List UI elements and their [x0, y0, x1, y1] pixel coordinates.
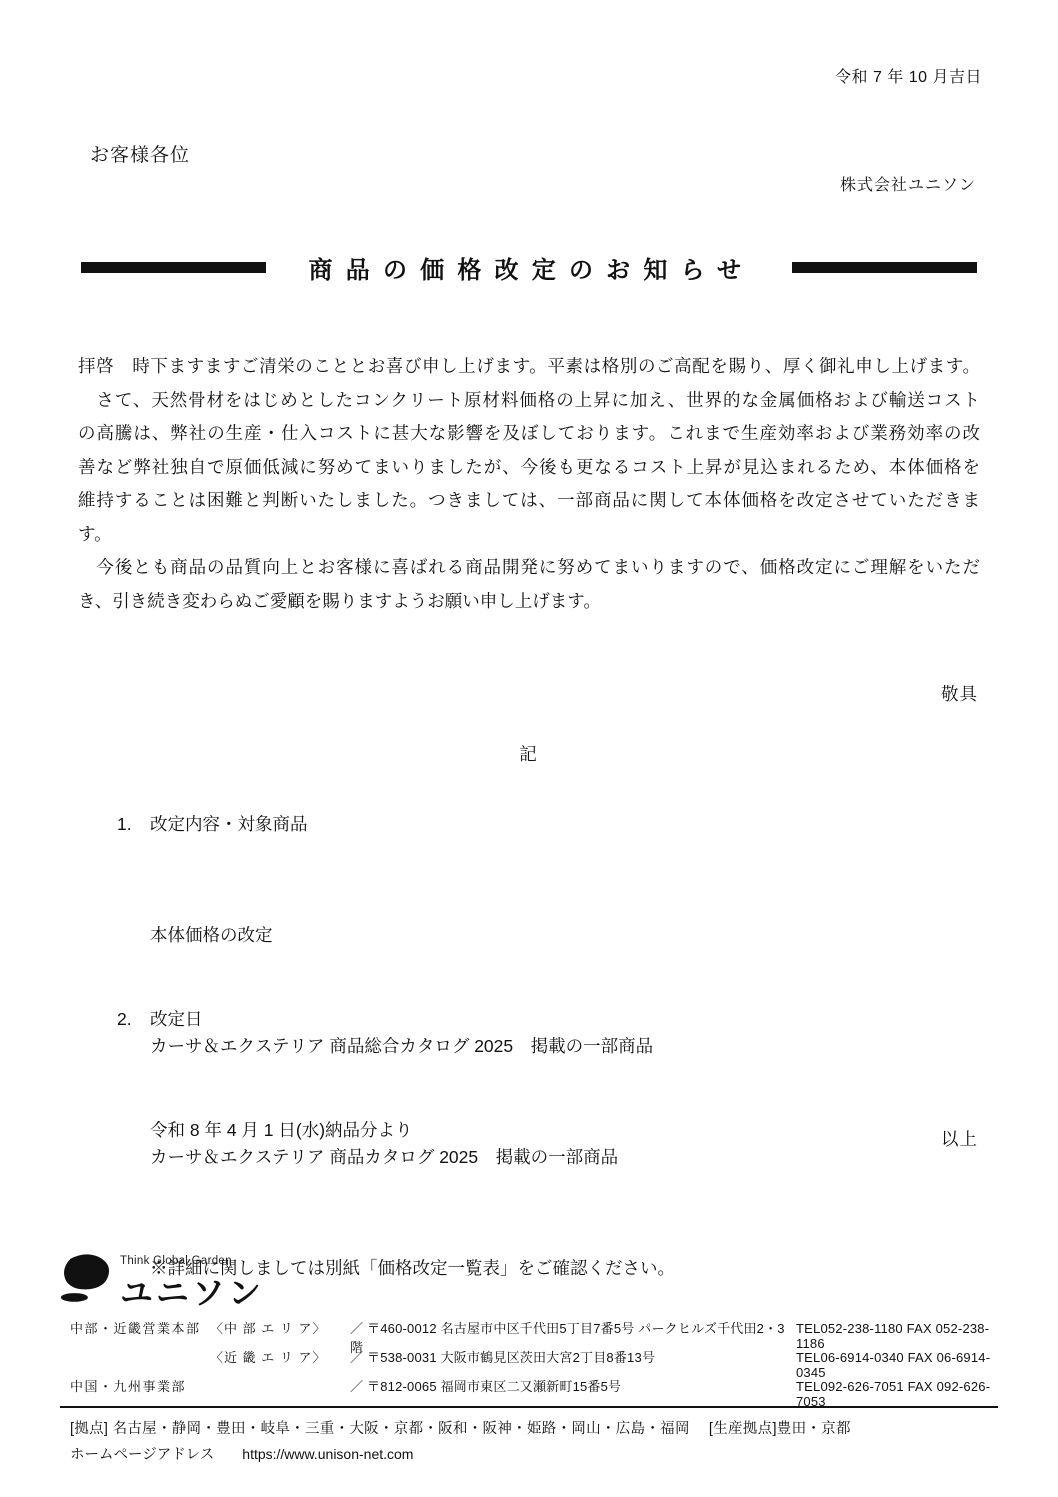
office-row: 中国・九州事業部 ／ 〒812-0065 福岡市東区二又瀬新町15番5号 TEL…: [70, 1376, 1008, 1405]
logo-tagline: Think Global Garden: [120, 1255, 264, 1267]
body-line: す。: [78, 518, 980, 552]
unison-logo: Think Global Garden ユニソン: [56, 1252, 264, 1314]
office-tel: TEL052-238-1180 FAX 052-238-1186: [796, 1321, 1008, 1351]
homepage-url: https://www.unison-net.com: [242, 1446, 413, 1462]
homepage-line: ホームページアドレスhttps://www.unison-net.com: [70, 1443, 413, 1464]
body-line: 今後とも商品の品質向上とお客様に喜ばれる商品開発に努めてまいりますので、価格改定…: [78, 551, 980, 585]
office-address: ／ 〒812-0065 福岡市東区二又瀬新町15番5号: [350, 1376, 796, 1395]
sender-company: 株式会社ユニソン: [840, 172, 976, 195]
office-tel: TEL06-6914-0340 FAX 06-6914-0345: [796, 1350, 1008, 1380]
office-area: 〈近 畿 エ リ ア〉: [210, 1347, 350, 1366]
homepage-label: ホームページアドレス: [70, 1447, 214, 1463]
office-tel: TEL092-626-7051 FAX 092-626-7053: [796, 1379, 1008, 1409]
logo-pebble-icon: [56, 1252, 114, 1310]
record-marker: 記: [0, 741, 1058, 766]
office-area: 〈中 部 エ リ ア〉: [210, 1318, 350, 1337]
office-row: 中部・近畿営業本部 〈中 部 エ リ ア〉 ／ 〒460-0012 名古屋市中区…: [70, 1318, 1008, 1347]
date-line: 令和 7 年 10 月吉日: [835, 64, 982, 87]
office-row: 〈近 畿 エ リ ア〉 ／ 〒538-0031 大阪市鶴見区茨田大宮2丁目8番1…: [70, 1347, 1008, 1376]
closing-keigu: 敬具: [941, 681, 978, 706]
logo-text: Think Global Garden ユニソン: [120, 1252, 264, 1314]
list-item-revision-date: 2. 改定日 令和 8 年 4 月 1 日(水)納品分より: [117, 1001, 413, 1223]
title-bar-right: [792, 262, 977, 273]
title-row: 商品の価格改定のお知らせ: [0, 250, 1058, 285]
office-list: 中部・近畿営業本部 〈中 部 エ リ ア〉 ／ 〒460-0012 名古屋市中区…: [70, 1318, 1008, 1405]
title-bar-left: [81, 262, 266, 273]
body-line: さて、天然骨材をはじめとしたコンクリート原材料価格の上昇に加え、世界的な金属価格…: [78, 384, 980, 418]
office-division: 中国・九州事業部: [70, 1376, 210, 1395]
body-line: き、引き続き変わらぬご愛顧を賜りますようお願い申し上げます。: [78, 585, 980, 619]
document-page: 令和 7 年 10 月吉日 お客様各位 株式会社ユニソン 商品の価格改定のお知ら…: [0, 0, 1058, 1497]
footer-divider: [60, 1406, 998, 1408]
end-marker: 以上: [941, 1126, 978, 1151]
recipient: お客様各位: [90, 140, 190, 167]
item-title: 改定日: [150, 1001, 203, 1038]
office-division: 中部・近畿営業本部: [70, 1318, 210, 1337]
item-line: 令和 8 年 4 月 1 日(水)納品分より: [150, 1112, 413, 1149]
item-title: 改定内容・対象商品: [150, 806, 308, 843]
logo-brand: ユニソン: [120, 1268, 264, 1313]
item-line: 本体価格の改定: [150, 917, 675, 954]
body-line: 拝啓 時下ますますご清栄のこととお喜び申し上げます。平素は格別のご高配を賜り、厚…: [78, 350, 980, 384]
office-address: ／ 〒538-0031 大阪市鶴見区茨田大宮2丁目8番13号: [350, 1347, 796, 1366]
body-line: の高騰は、弊社の生産・仕入コストに甚大な影響を及ぼしております。これまで生産効率…: [78, 417, 980, 451]
bases-line: [拠点] 名古屋・静岡・豊田・岐阜・三重・大阪・京都・阪和・阪神・姫路・岡山・広…: [70, 1417, 851, 1438]
body-line: 維持することは困難と判断いたしました。つきましては、一部商品に関して本体価格を改…: [78, 484, 980, 518]
item-number: 2.: [117, 1001, 150, 1038]
body-paragraphs: 拝啓 時下ますますご清栄のこととお喜び申し上げます。平素は格別のご高配を賜り、厚…: [78, 350, 980, 618]
item-number: 1.: [117, 806, 150, 843]
body-line: 善など弊社独自で原価低減に努めてまいりましたが、今後も更なるコスト上昇が見込まれ…: [78, 451, 980, 485]
page-title: 商品の価格改定のお知らせ: [304, 250, 754, 285]
